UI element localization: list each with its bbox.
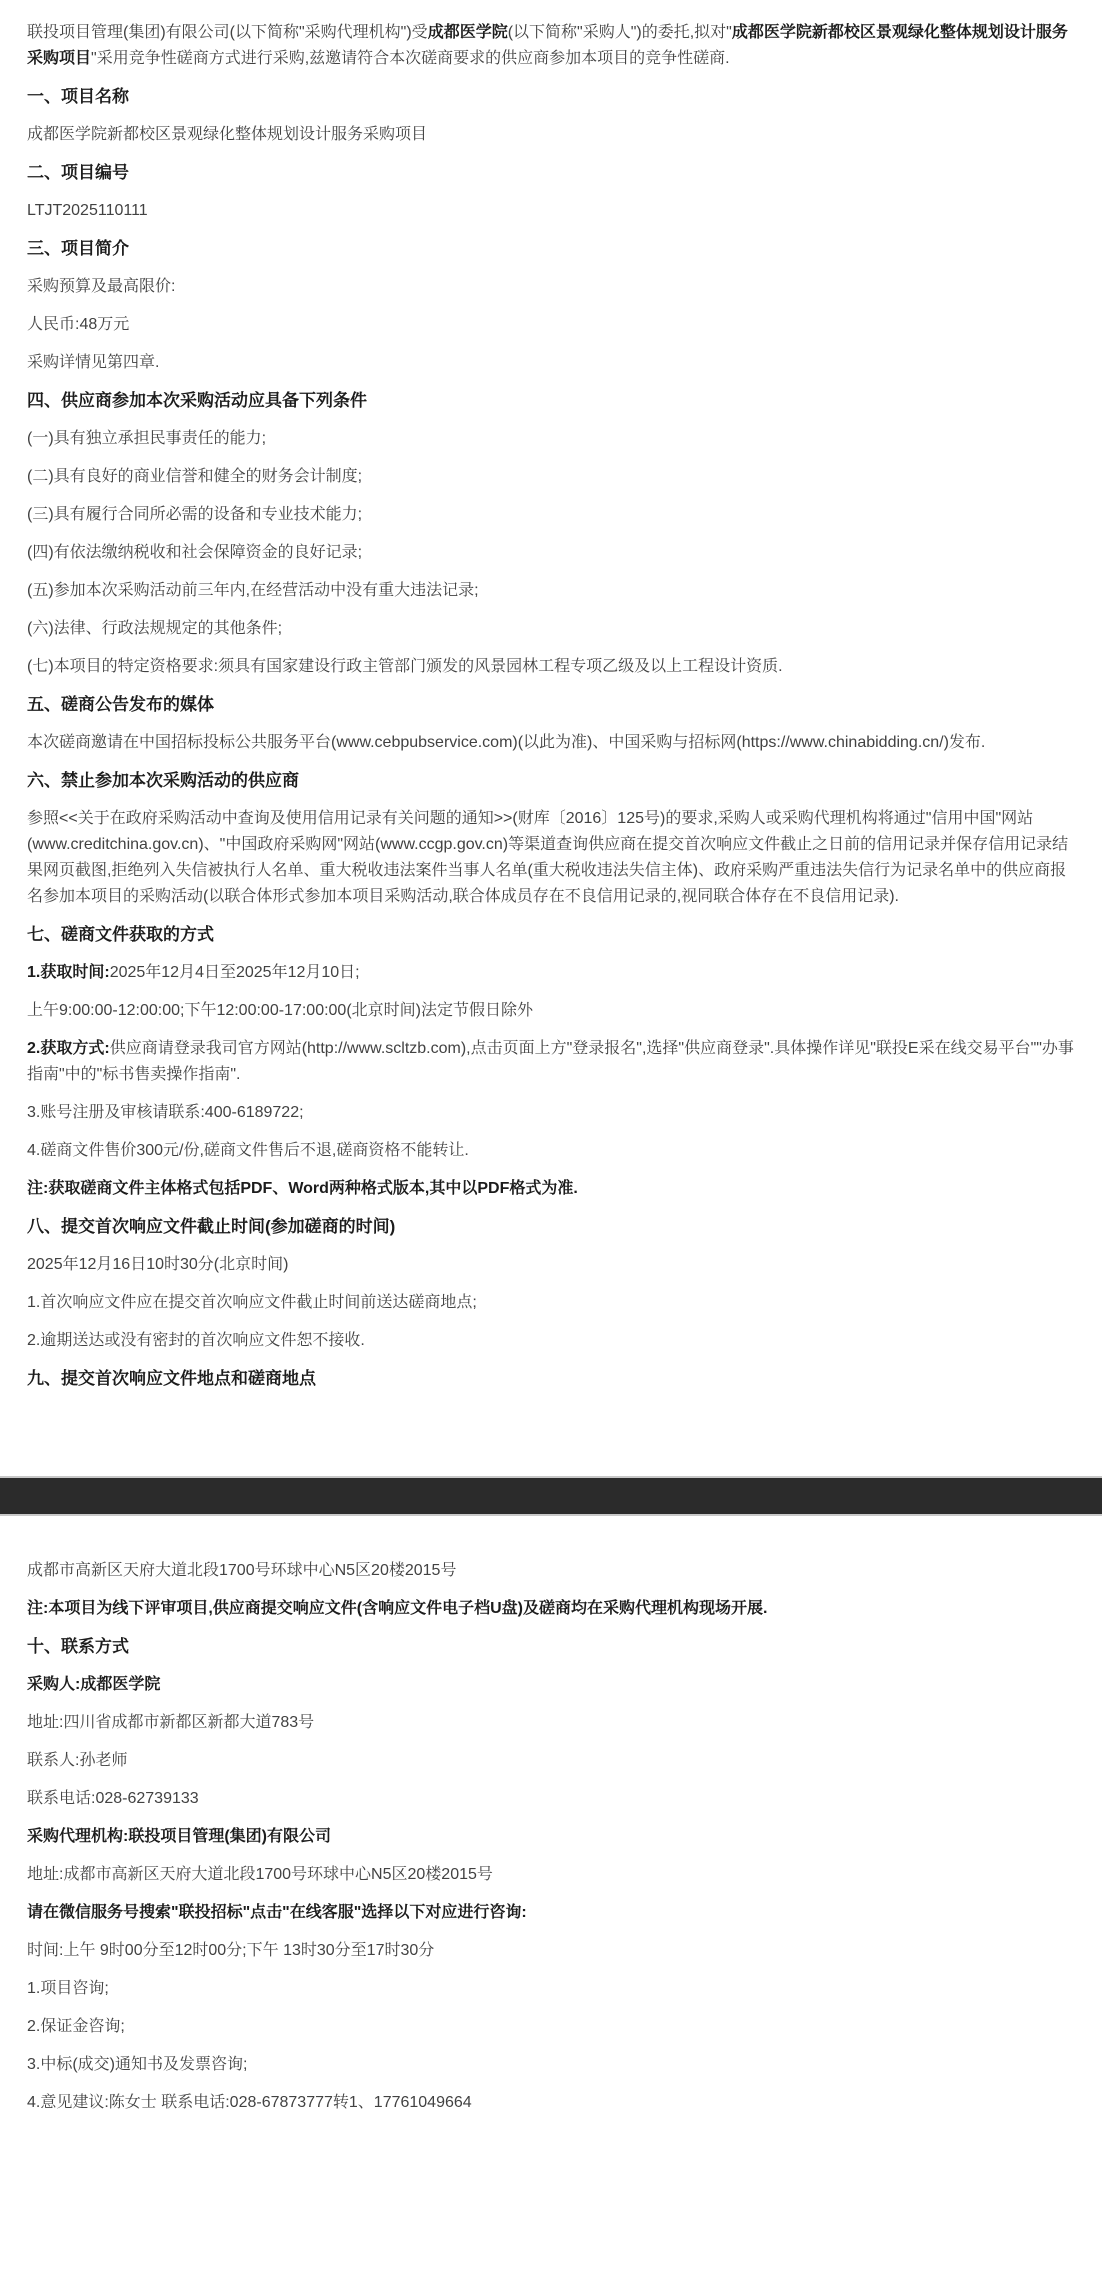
section-heading: 八、提交首次响应文件截止时间(参加磋商的时间) bbox=[27, 1214, 1075, 1240]
doc-paragraph: 注:本项目为线下评审项目,供应商提交响应文件(含响应文件电子档U盘)及磋商均在采… bbox=[27, 1596, 1075, 1622]
doc-paragraph: 参照<<关于在政府采购活动中查询及使用信用记录有关问题的通知>>(财库〔2016… bbox=[27, 806, 1075, 910]
text-run: (三)具有履行合同所必需的设备和专业技术能力; bbox=[27, 506, 362, 523]
doc-paragraph: 人民币:48万元 bbox=[27, 312, 1075, 338]
section-heading: 一、项目名称 bbox=[27, 84, 1075, 110]
bold-text-run: 注:获取磋商文件主体格式包括PDF、Word两种格式版本,其中以PDF格式为准. bbox=[27, 1180, 578, 1197]
doc-paragraph: 采购详情见第四章. bbox=[27, 350, 1075, 376]
text-run: (二)具有良好的商业信誉和健全的财务会计制度; bbox=[27, 468, 362, 485]
section-heading: 二、项目编号 bbox=[27, 160, 1075, 186]
doc-paragraph: 请在微信服务号搜索"联投招标"点击"在线客服"选择以下对应进行咨询: bbox=[27, 1900, 1075, 1926]
section-heading: 六、禁止参加本次采购活动的供应商 bbox=[27, 768, 1075, 794]
section-heading: 九、提交首次响应文件地点和磋商地点 bbox=[27, 1366, 1075, 1392]
text-run: (六)法律、行政法规规定的其他条件; bbox=[27, 620, 282, 637]
text-run: 2.保证金咨询; bbox=[27, 2018, 125, 2035]
text-run: 1.项目咨询; bbox=[27, 1980, 109, 1997]
doc-paragraph: (三)具有履行合同所必需的设备和专业技术能力; bbox=[27, 502, 1075, 528]
doc-paragraph: 2.保证金咨询; bbox=[27, 2014, 1075, 2040]
doc-paragraph: 1.项目咨询; bbox=[27, 1976, 1075, 2002]
bold-text-run: 注:本项目为线下评审项目,供应商提交响应文件(含响应文件电子档U盘)及磋商均在采… bbox=[27, 1600, 767, 1617]
page-break-bar bbox=[0, 1476, 1102, 1516]
doc-paragraph: (六)法律、行政法规规定的其他条件; bbox=[27, 616, 1075, 642]
doc-paragraph: 采购预算及最高限价: bbox=[27, 274, 1075, 300]
doc-paragraph: 地址:成都市高新区天府大道北段1700号环球中心N5区20楼2015号 bbox=[27, 1862, 1075, 1888]
doc-paragraph: 联投项目管理(集团)有限公司(以下简称"采购代理机构")受成都医学院(以下简称"… bbox=[27, 20, 1075, 72]
text-run: 上午9:00:00-12:00:00;下午12:00:00-17:00:00(北… bbox=[27, 1002, 533, 1019]
text-run: 2.逾期送达或没有密封的首次响应文件恕不接收. bbox=[27, 1332, 365, 1349]
doc-paragraph: 本次磋商邀请在中国招标投标公共服务平台(www.cebpubservice.co… bbox=[27, 730, 1075, 756]
section-heading: 四、供应商参加本次采购活动应具备下列条件 bbox=[27, 388, 1075, 414]
section-heading: 三、项目简介 bbox=[27, 236, 1075, 262]
doc-paragraph: (七)本项目的特定资格要求:须具有国家建设行政主管部门颁发的风景园林工程专项乙级… bbox=[27, 654, 1075, 680]
doc-paragraph: 地址:四川省成都市新都区新都大道783号 bbox=[27, 1710, 1075, 1736]
text-run: (以下简称"采购人")的委托,拟对" bbox=[508, 24, 732, 41]
bold-text-run: 成都医学院 bbox=[428, 24, 508, 41]
doc-paragraph: 4.意见建议:陈女士 联系电话:028-67873777转1、177610496… bbox=[27, 2090, 1075, 2116]
text-run: 采购预算及最高限价: bbox=[27, 278, 175, 295]
text-run: (五)参加本次采购活动前三年内,在经营活动中没有重大违法记录; bbox=[27, 582, 479, 599]
text-run: 本次磋商邀请在中国招标投标公共服务平台(www.cebpubservice.co… bbox=[27, 734, 985, 751]
text-run: (四)有依法缴纳税收和社会保障资金的良好记录; bbox=[27, 544, 362, 561]
doc-paragraph: 注:获取磋商文件主体格式包括PDF、Word两种格式版本,其中以PDF格式为准. bbox=[27, 1176, 1075, 1202]
doc-paragraph: 1.获取时间:2025年12月4日至2025年12月10日; bbox=[27, 960, 1075, 986]
doc-paragraph: 采购人:成都医学院 bbox=[27, 1672, 1075, 1698]
doc-paragraph: 采购代理机构:联投项目管理(集团)有限公司 bbox=[27, 1824, 1075, 1850]
bold-text-run: 采购人:成都医学院 bbox=[27, 1676, 160, 1693]
bold-text-run: 2.获取方式: bbox=[27, 1040, 110, 1057]
text-run: 地址:四川省成都市新都区新都大道783号 bbox=[27, 1714, 314, 1731]
text-run: (七)本项目的特定资格要求:须具有国家建设行政主管部门颁发的风景园林工程专项乙级… bbox=[27, 658, 783, 675]
doc-paragraph: (一)具有独立承担民事责任的能力; bbox=[27, 426, 1075, 452]
doc-paragraph: 4.磋商文件售价300元/份,磋商文件售后不退,磋商资格不能转让. bbox=[27, 1138, 1075, 1164]
bold-text-run: 1.获取时间: bbox=[27, 964, 110, 981]
text-run: 地址:成都市高新区天府大道北段1700号环球中心N5区20楼2015号 bbox=[27, 1866, 493, 1883]
doc-paragraph: (四)有依法缴纳税收和社会保障资金的良好记录; bbox=[27, 540, 1075, 566]
doc-paragraph: 2.获取方式:供应商请登录我司官方网站(http://www.scltzb.co… bbox=[27, 1036, 1075, 1088]
text-run: 联系人:孙老师 bbox=[27, 1752, 127, 1769]
bold-text-run: 采购代理机构:联投项目管理(集团)有限公司 bbox=[27, 1828, 331, 1845]
doc-paragraph: 3.账号注册及审核请联系:400-6189722; bbox=[27, 1100, 1075, 1126]
procurement-announcement-document: 联投项目管理(集团)有限公司(以下简称"采购代理机构")受成都医学院(以下简称"… bbox=[0, 0, 1102, 2281]
text-run: 1.首次响应文件应在提交首次响应文件截止时间前送达磋商地点; bbox=[27, 1294, 477, 1311]
text-run: 4.磋商文件售价300元/份,磋商文件售后不退,磋商资格不能转让. bbox=[27, 1142, 469, 1159]
text-run: 参照<<关于在政府采购活动中查询及使用信用记录有关问题的通知>>(财库〔2016… bbox=[27, 810, 1068, 905]
text-run: 联系电话:028-62739133 bbox=[27, 1790, 199, 1807]
doc-paragraph: 上午9:00:00-12:00:00;下午12:00:00-17:00:00(北… bbox=[27, 998, 1075, 1024]
doc-paragraph: 时间:上午 9时00分至12时00分;下午 13时30分至17时30分 bbox=[27, 1938, 1075, 1964]
doc-paragraph: (二)具有良好的商业信誉和健全的财务会计制度; bbox=[27, 464, 1075, 490]
text-run: 人民币:48万元 bbox=[27, 316, 129, 333]
text-run: 3.账号注册及审核请联系:400-6189722; bbox=[27, 1104, 304, 1121]
text-run: (一)具有独立承担民事责任的能力; bbox=[27, 430, 266, 447]
text-run: 4.意见建议:陈女士 联系电话:028-67873777转1、177610496… bbox=[27, 2094, 472, 2111]
section-heading: 五、磋商公告发布的媒体 bbox=[27, 692, 1075, 718]
doc-paragraph: 成都医学院新都校区景观绿化整体规划设计服务采购项目 bbox=[27, 122, 1075, 148]
text-run: "采用竞争性磋商方式进行采购,兹邀请符合本次磋商要求的供应商参加本项目的竞争性磋… bbox=[91, 50, 730, 67]
text-run: 成都医学院新都校区景观绿化整体规划设计服务采购项目 bbox=[27, 126, 427, 143]
bold-text-run: 请在微信服务号搜索"联投招标"点击"在线客服"选择以下对应进行咨询: bbox=[27, 1904, 527, 1921]
doc-paragraph: (五)参加本次采购活动前三年内,在经营活动中没有重大违法记录; bbox=[27, 578, 1075, 604]
text-run: 3.中标(成交)通知书及发票咨询; bbox=[27, 2056, 247, 2073]
doc-paragraph: 1.首次响应文件应在提交首次响应文件截止时间前送达磋商地点; bbox=[27, 1290, 1075, 1316]
doc-paragraph: 2.逾期送达或没有密封的首次响应文件恕不接收. bbox=[27, 1328, 1075, 1354]
text-run: 2025年12月16日10时30分(北京时间) bbox=[27, 1256, 288, 1273]
text-run: 时间:上午 9时00分至12时00分;下午 13时30分至17时30分 bbox=[27, 1942, 434, 1959]
section-heading: 十、联系方式 bbox=[27, 1634, 1075, 1660]
text-run: LTJT2025110111 bbox=[27, 202, 148, 219]
text-run: 2025年12月4日至2025年12月10日; bbox=[110, 964, 360, 981]
text-run: 采购详情见第四章. bbox=[27, 354, 159, 371]
text-run: 成都市高新区天府大道北段1700号环球中心N5区20楼2015号 bbox=[27, 1562, 456, 1579]
doc-paragraph: 3.中标(成交)通知书及发票咨询; bbox=[27, 2052, 1075, 2078]
doc-paragraph: 成都市高新区天府大道北段1700号环球中心N5区20楼2015号 bbox=[27, 1558, 1075, 1584]
text-run: 联投项目管理(集团)有限公司(以下简称"采购代理机构")受 bbox=[27, 24, 428, 41]
section-heading: 七、磋商文件获取的方式 bbox=[27, 922, 1075, 948]
text-run: 供应商请登录我司官方网站(http://www.scltzb.com),点击页面… bbox=[27, 1040, 1074, 1083]
doc-paragraph: 联系电话:028-62739133 bbox=[27, 1786, 1075, 1812]
doc-paragraph: LTJT2025110111 bbox=[27, 198, 1075, 224]
doc-paragraph: 联系人:孙老师 bbox=[27, 1748, 1075, 1774]
doc-paragraph: 2025年12月16日10时30分(北京时间) bbox=[27, 1252, 1075, 1278]
